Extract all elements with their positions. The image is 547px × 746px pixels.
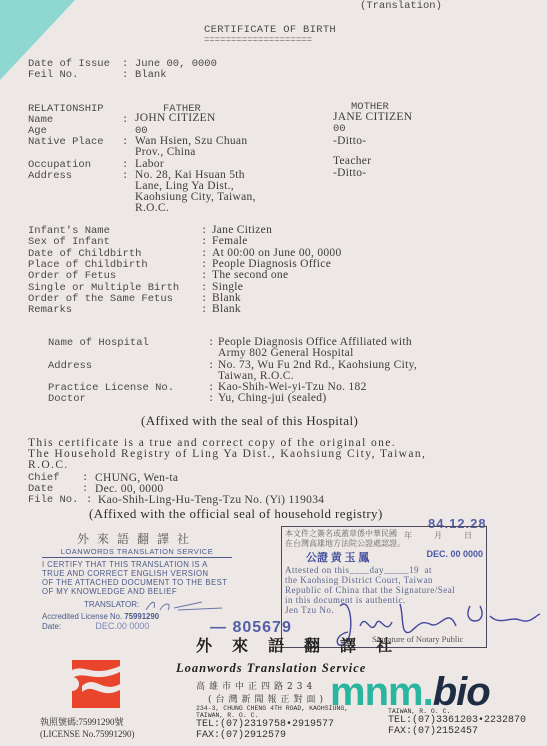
infant-field-value: Blank xyxy=(212,304,241,315)
watermark-part-2: bio xyxy=(433,670,490,714)
watermark: mnm.bio xyxy=(330,670,490,715)
office-1-address-english: 234-3, CHUNG CHENG 4TH ROAD, KAOHSIUNG, … xyxy=(196,705,348,719)
office-1-tel: TEL:(07)2319758•2919577 xyxy=(196,719,348,730)
license-block: 執照號碼:75991290號 (LICENSE No.75991290) xyxy=(40,716,135,740)
infant-field-label: Date of Childbirth xyxy=(28,249,141,260)
father-native-place: Wan Hsien, Szu Chuan Prov., China xyxy=(135,136,247,158)
file-no-value: Kao-Shih-Ling-Hu-Teng-Tzu No. (Yi) 11903… xyxy=(98,495,324,506)
watermark-part-1: mnm. xyxy=(330,670,433,714)
mother-native-place: -Ditto- xyxy=(333,136,366,147)
translation-tag: (Translation) xyxy=(360,0,442,12)
parent-label-address: Address xyxy=(28,171,72,182)
office-1-address: 高雄市中正四路234 (台灣新聞報正對面) 234-3, CHUNG CHENG… xyxy=(196,679,348,741)
notary-chinese-ymd: 年 月 日 xyxy=(404,530,482,541)
title-underline: ==================== xyxy=(204,35,312,45)
feil-no-row: Feil No. : Blank xyxy=(28,70,167,81)
colon: : xyxy=(201,237,207,248)
company-logo-icon xyxy=(72,660,120,708)
infant-field-label: Single or Multiple Birth xyxy=(28,283,179,294)
infant-field-value: The second one xyxy=(212,270,288,281)
hospital-name-value: People Diagnosis Office Affiliated with … xyxy=(218,337,412,359)
colon: : xyxy=(208,394,214,405)
colon: : xyxy=(208,338,214,349)
translator-line: TRANSLATOR: xyxy=(84,598,232,612)
mother-name: JANE CITIZEN xyxy=(333,112,412,123)
stamp-date-label: Date: xyxy=(42,622,61,631)
father-name: JOHN CITIZEN xyxy=(135,113,216,124)
translator-stamp-chinese-name: 外來語翻譯社 xyxy=(42,530,232,547)
translator-label: TRANSLATOR: xyxy=(84,600,139,609)
colon: : xyxy=(122,137,128,148)
office-1-address-chinese-2: (台灣新聞報正對面) xyxy=(196,692,348,705)
company-chinese-name: 外來語翻譯社 xyxy=(196,633,412,656)
mother-age: 00 xyxy=(333,124,346,135)
office-1-fax: FAX:(07)2912579 xyxy=(196,730,348,741)
doctor-label: Doctor xyxy=(48,394,86,405)
stamp-date-line: Date: DEC.00 0000 xyxy=(42,621,232,631)
colon: : xyxy=(122,171,128,182)
office-1-address-chinese: 高雄市中正四路234 xyxy=(196,679,348,692)
file-no-row: File No. : Kao-Shih-Ling-Hu-Teng-Tzu No.… xyxy=(28,495,324,506)
parent-label-native-place: Native Place xyxy=(28,137,104,148)
mother-occupation: Teacher xyxy=(333,156,371,167)
registry-statement: This certificate is a true and correct c… xyxy=(28,438,426,471)
translator-certify-text: I CERTIFY THAT THIS TRANSLATION IS A TRU… xyxy=(42,560,232,596)
office-2-fax: FAX:(07)2152457 xyxy=(388,726,526,737)
translator-stamp: 外來語翻譯社 LOANWORDS TRANSLATION SERVICE I C… xyxy=(42,530,232,631)
translator-stamp-english-name: LOANWORDS TRANSLATION SERVICE xyxy=(42,547,232,558)
colon: : xyxy=(201,283,207,294)
mother-address: -Ditto- xyxy=(333,168,366,179)
infant-field-label: Order of Fetus xyxy=(28,271,116,282)
hospital-address-value: No. 73, Wu Fu 2nd Rd., Kaohsiung City, T… xyxy=(218,360,417,382)
license-chinese: 執照號碼:75991290號 xyxy=(40,716,135,728)
license-english: (LICENSE No.75991290) xyxy=(40,728,135,740)
translator-signature-icon xyxy=(142,598,232,612)
colon: : xyxy=(201,249,207,260)
infant-field-label: Sex of Infant xyxy=(28,237,110,248)
office-2-tel: TEL:(07)3361203•2232870 xyxy=(388,715,526,726)
license-label: Accredited License No. xyxy=(42,612,122,621)
registry-seal-note: (Affixed with the official seal of house… xyxy=(89,506,383,522)
colon: : xyxy=(122,70,135,81)
infant-field-value: Single xyxy=(212,282,243,293)
father-address: No. 28, Kai Hsuan 5th Lane, Ling Ya Dist… xyxy=(135,170,256,214)
colon: : xyxy=(201,271,207,282)
feil-no-label: Feil No. xyxy=(28,70,122,81)
file-no-label: File No. xyxy=(28,495,86,506)
license-value: 75991290 xyxy=(124,612,159,621)
infant-field-value: Female xyxy=(212,236,248,247)
doctor-value: Yu, Ching-jui (sealed) xyxy=(218,393,326,404)
notary-date-stamp: DEC. 00 0000 xyxy=(426,549,483,559)
colon: : xyxy=(122,115,128,126)
colon: : xyxy=(208,361,214,372)
colon: : xyxy=(86,495,98,506)
license-line: Accredited License No. 75991290 xyxy=(42,612,232,621)
hospital-address-label: Address xyxy=(48,361,92,372)
colon: : xyxy=(201,305,207,316)
feil-no-value: Blank xyxy=(135,70,167,81)
infant-field-label: Remarks xyxy=(28,305,72,316)
infant-field-value: At 00:00 on June 00, 0000 xyxy=(212,248,342,259)
hospital-seal-note: (Affixed with the seal of this Hospital) xyxy=(141,413,358,429)
stamp-date-value: DEC.00 0000 xyxy=(95,621,149,631)
hospital-name-label: Name of Hospital xyxy=(48,338,149,349)
